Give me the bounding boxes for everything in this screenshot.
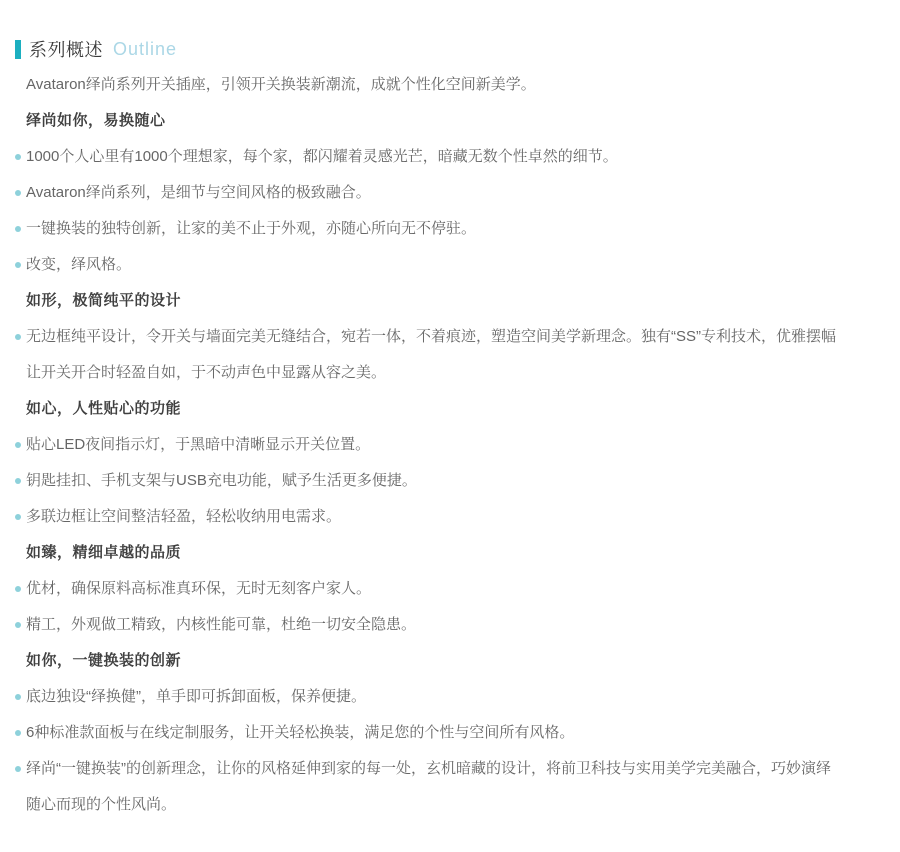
bullet-dot-icon bbox=[15, 154, 21, 160]
bullet-item: 6种标准款面板与在线定制服务，让开关轻松换装，满足您的个性与空间所有风格。 bbox=[0, 715, 900, 751]
bullet-dot-icon bbox=[15, 622, 21, 628]
bullet-dot-icon bbox=[15, 190, 21, 196]
bullet-item: 钥匙挂扣、手机支架与USB充电功能，赋予生活更多便捷。 bbox=[0, 463, 900, 499]
bullet-dot-icon bbox=[15, 730, 21, 736]
bullet-item: 贴心LED夜间指示灯，于黑暗中清晰显示开关位置。 bbox=[0, 427, 900, 463]
sub-heading: 绎尚如你，易换随心 bbox=[0, 103, 900, 139]
bullet-item: 无边框纯平设计，令开关与墙面完美无缝结合，宛若一体，不着痕迹，塑造空间美学新理念… bbox=[0, 319, 900, 391]
bullet-dot-icon bbox=[15, 766, 21, 772]
bullet-item: Avataron绎尚系列，是细节与空间风格的极致融合。 bbox=[0, 175, 900, 211]
bullet-dot-icon bbox=[15, 694, 21, 700]
bullet-dot-icon bbox=[15, 514, 21, 520]
bullet-dot-icon bbox=[15, 226, 21, 232]
bullet-text: 底边独设“绎换健”，单手即可拆卸面板，保养便捷。 bbox=[26, 688, 366, 705]
bullet-text: 绎尚“一键换装”的创新理念，让你的风格延伸到家的每一处，玄机暗藏的设计，将前卫科… bbox=[26, 760, 831, 813]
bullet-text: 优材，确保原料高标准真环保，无时无刻客户家人。 bbox=[26, 580, 371, 597]
section-title-zh: 系列概述 bbox=[29, 36, 103, 62]
bullet-item: 绎尚“一键换装”的创新理念，让你的风格延伸到家的每一处，玄机暗藏的设计，将前卫科… bbox=[0, 751, 900, 823]
bullet-text: 精工，外观做工精致，内核性能可靠，杜绝一切安全隐患。 bbox=[26, 616, 416, 633]
series-overview-content: Avataron绎尚系列开关插座，引领开关换装新潮流，成就个性化空间新美学。绎尚… bbox=[0, 67, 900, 823]
sub-heading: 如臻，精细卓越的品质 bbox=[0, 535, 900, 571]
bullet-dot-icon bbox=[15, 262, 21, 268]
bullet-text: 无边框纯平设计，令开关与墙面完美无缝结合，宛若一体，不着痕迹，塑造空间美学新理念… bbox=[26, 328, 836, 381]
sub-heading: 如形，极简纯平的设计 bbox=[0, 283, 900, 319]
bullet-dot-icon bbox=[15, 478, 21, 484]
bullet-dot-icon bbox=[15, 334, 21, 340]
bullet-dot-icon bbox=[15, 442, 21, 448]
bullet-text: 一键换装的独特创新，让家的美不止于外观，亦随心所向无不停驻。 bbox=[26, 220, 476, 237]
bullet-item: 优材，确保原料高标准真环保，无时无刻客户家人。 bbox=[0, 571, 900, 607]
intro-paragraph: Avataron绎尚系列开关插座，引领开关换装新潮流，成就个性化空间新美学。 bbox=[0, 67, 900, 103]
bullet-item: 1000个人心里有1000个理想家，每个家，都闪耀着灵感光芒，暗藏无数个性卓然的… bbox=[0, 139, 900, 175]
bullet-item: 精工，外观做工精致，内核性能可靠，杜绝一切安全隐患。 bbox=[0, 607, 900, 643]
sub-heading: 如你，一键换装的创新 bbox=[0, 643, 900, 679]
bullet-text: 贴心LED夜间指示灯，于黑暗中清晰显示开关位置。 bbox=[26, 436, 370, 453]
bullet-text: 6种标准款面板与在线定制服务，让开关轻松换装，满足您的个性与空间所有风格。 bbox=[26, 724, 574, 741]
sub-heading: 如心，人性贴心的功能 bbox=[0, 391, 900, 427]
section-title-en: Outline bbox=[113, 39, 177, 60]
bullet-item: 底边独设“绎换健”，单手即可拆卸面板，保养便捷。 bbox=[0, 679, 900, 715]
section-header: 系列概述 Outline bbox=[0, 31, 900, 67]
bullet-text: Avataron绎尚系列，是细节与空间风格的极致融合。 bbox=[26, 184, 371, 201]
bullet-dot-icon bbox=[15, 586, 21, 592]
series-overview-page: 系列概述 Outline Avataron绎尚系列开关插座，引领开关换装新潮流，… bbox=[0, 0, 900, 852]
bullet-item: 改变，绎风格。 bbox=[0, 247, 900, 283]
bullet-text: 1000个人心里有1000个理想家，每个家，都闪耀着灵感光芒，暗藏无数个性卓然的… bbox=[26, 148, 618, 165]
bullet-item: 多联边框让空间整洁轻盈，轻松收纳用电需求。 bbox=[0, 499, 900, 535]
accent-bar-icon bbox=[15, 40, 21, 59]
bullet-item: 一键换装的独特创新，让家的美不止于外观，亦随心所向无不停驻。 bbox=[0, 211, 900, 247]
bullet-text: 改变，绎风格。 bbox=[26, 256, 131, 273]
bullet-text: 钥匙挂扣、手机支架与USB充电功能，赋予生活更多便捷。 bbox=[26, 472, 417, 489]
bullet-text: 多联边框让空间整洁轻盈，轻松收纳用电需求。 bbox=[26, 508, 341, 525]
